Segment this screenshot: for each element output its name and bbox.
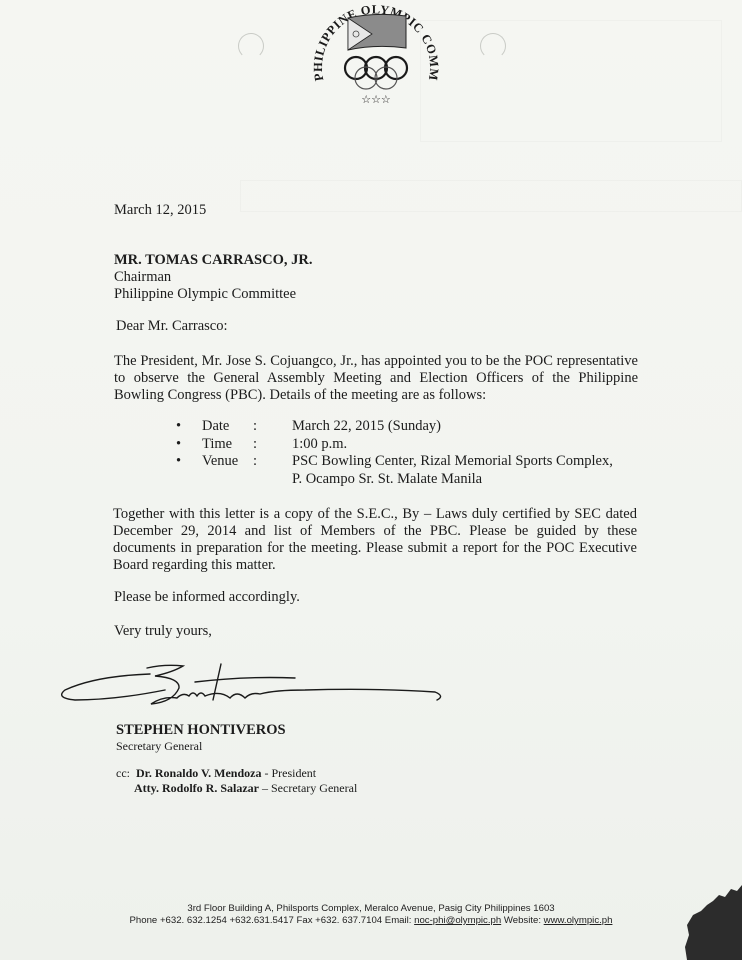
salutation: Dear Mr. Carrasco: xyxy=(116,318,228,335)
bullet-icon: • xyxy=(176,436,202,454)
detail-row-time: • Time : 1:00 p.m. xyxy=(176,436,613,454)
bullet-icon: • xyxy=(176,418,202,436)
bleed-through-artifact xyxy=(420,20,722,142)
detail-label: Venue xyxy=(202,453,253,471)
body-paragraph-attachments: Together with this letter is a copy of t… xyxy=(113,506,637,574)
detail-label: Time xyxy=(202,436,253,454)
detail-value: PSC Bowling Center, Rizal Memorial Sport… xyxy=(292,453,613,471)
signatory-title: Secretary General xyxy=(116,739,202,754)
meeting-details-list: • Date : March 22, 2015 (Sunday) • Time … xyxy=(176,418,613,488)
cc-recipient-name: Dr. Ronaldo V. Mendoza xyxy=(136,766,261,780)
recipient-title: Chairman xyxy=(114,269,171,286)
philippine-flag-icon xyxy=(348,14,406,50)
punch-hole-right xyxy=(480,33,506,59)
bleed-through-artifact xyxy=(240,180,742,212)
letter-date: March 12, 2015 xyxy=(114,202,206,219)
scan-corner-artifact xyxy=(683,885,742,960)
poc-logo: PHILIPPINE OLYMPIC COMMITTEE ☆☆☆ xyxy=(310,0,442,108)
logo-stars: ☆☆☆ xyxy=(361,94,391,106)
detail-label: Date xyxy=(202,418,253,436)
footer-website-link[interactable]: www.olympic.ph xyxy=(544,915,613,926)
cc-line-2: Atty. Rodolfo R. Salazar – Secretary Gen… xyxy=(116,781,357,796)
detail-row-venue-cont: P. Ocampo Sr. St. Malate Manila xyxy=(176,471,613,489)
cc-recipient-role: President xyxy=(271,766,316,780)
cc-label: cc: xyxy=(116,766,130,780)
recipient-organization: Philippine Olympic Committee xyxy=(114,286,296,303)
cc-recipient-role: Secretary General xyxy=(271,781,357,795)
body-paragraph-closing-note: Please be informed accordingly. xyxy=(114,589,300,606)
body-paragraph-appointment: The President, Mr. Jose S. Cojuangco, Jr… xyxy=(114,353,638,404)
footer-contact: Phone +632. 632.1254 +632.631.5417 Fax +… xyxy=(0,915,742,926)
closing: Very truly yours, xyxy=(114,623,212,640)
detail-row-date: • Date : March 22, 2015 (Sunday) xyxy=(176,418,613,436)
detail-value: P. Ocampo Sr. St. Malate Manila xyxy=(292,471,482,489)
cc-block: cc: Dr. Ronaldo V. Mendoza - President A… xyxy=(116,766,357,796)
recipient-name: MR. TOMAS CARRASCO, JR. xyxy=(114,252,312,269)
bullet-icon: • xyxy=(176,453,202,471)
punch-hole-left xyxy=(238,33,264,59)
detail-row-venue: • Venue : PSC Bowling Center, Rizal Memo… xyxy=(176,453,613,471)
cc-recipient-name: Atty. Rodolfo R. Salazar xyxy=(134,781,259,795)
detail-value: 1:00 p.m. xyxy=(292,436,347,454)
letter-page: PHILIPPINE OLYMPIC COMMITTEE ☆☆☆ March 1… xyxy=(0,0,742,960)
olympic-rings-icon xyxy=(345,57,407,89)
signatory-name: STEPHEN HONTIVEROS xyxy=(116,722,286,739)
cc-line-1: cc: Dr. Ronaldo V. Mendoza - President xyxy=(116,766,357,781)
handwritten-signature xyxy=(55,660,455,710)
footer-address: 3rd Floor Building A, Philsports Complex… xyxy=(0,903,742,914)
detail-value: March 22, 2015 (Sunday) xyxy=(292,418,441,436)
footer-email-link[interactable]: noc-phi@olympic.ph xyxy=(414,915,501,926)
